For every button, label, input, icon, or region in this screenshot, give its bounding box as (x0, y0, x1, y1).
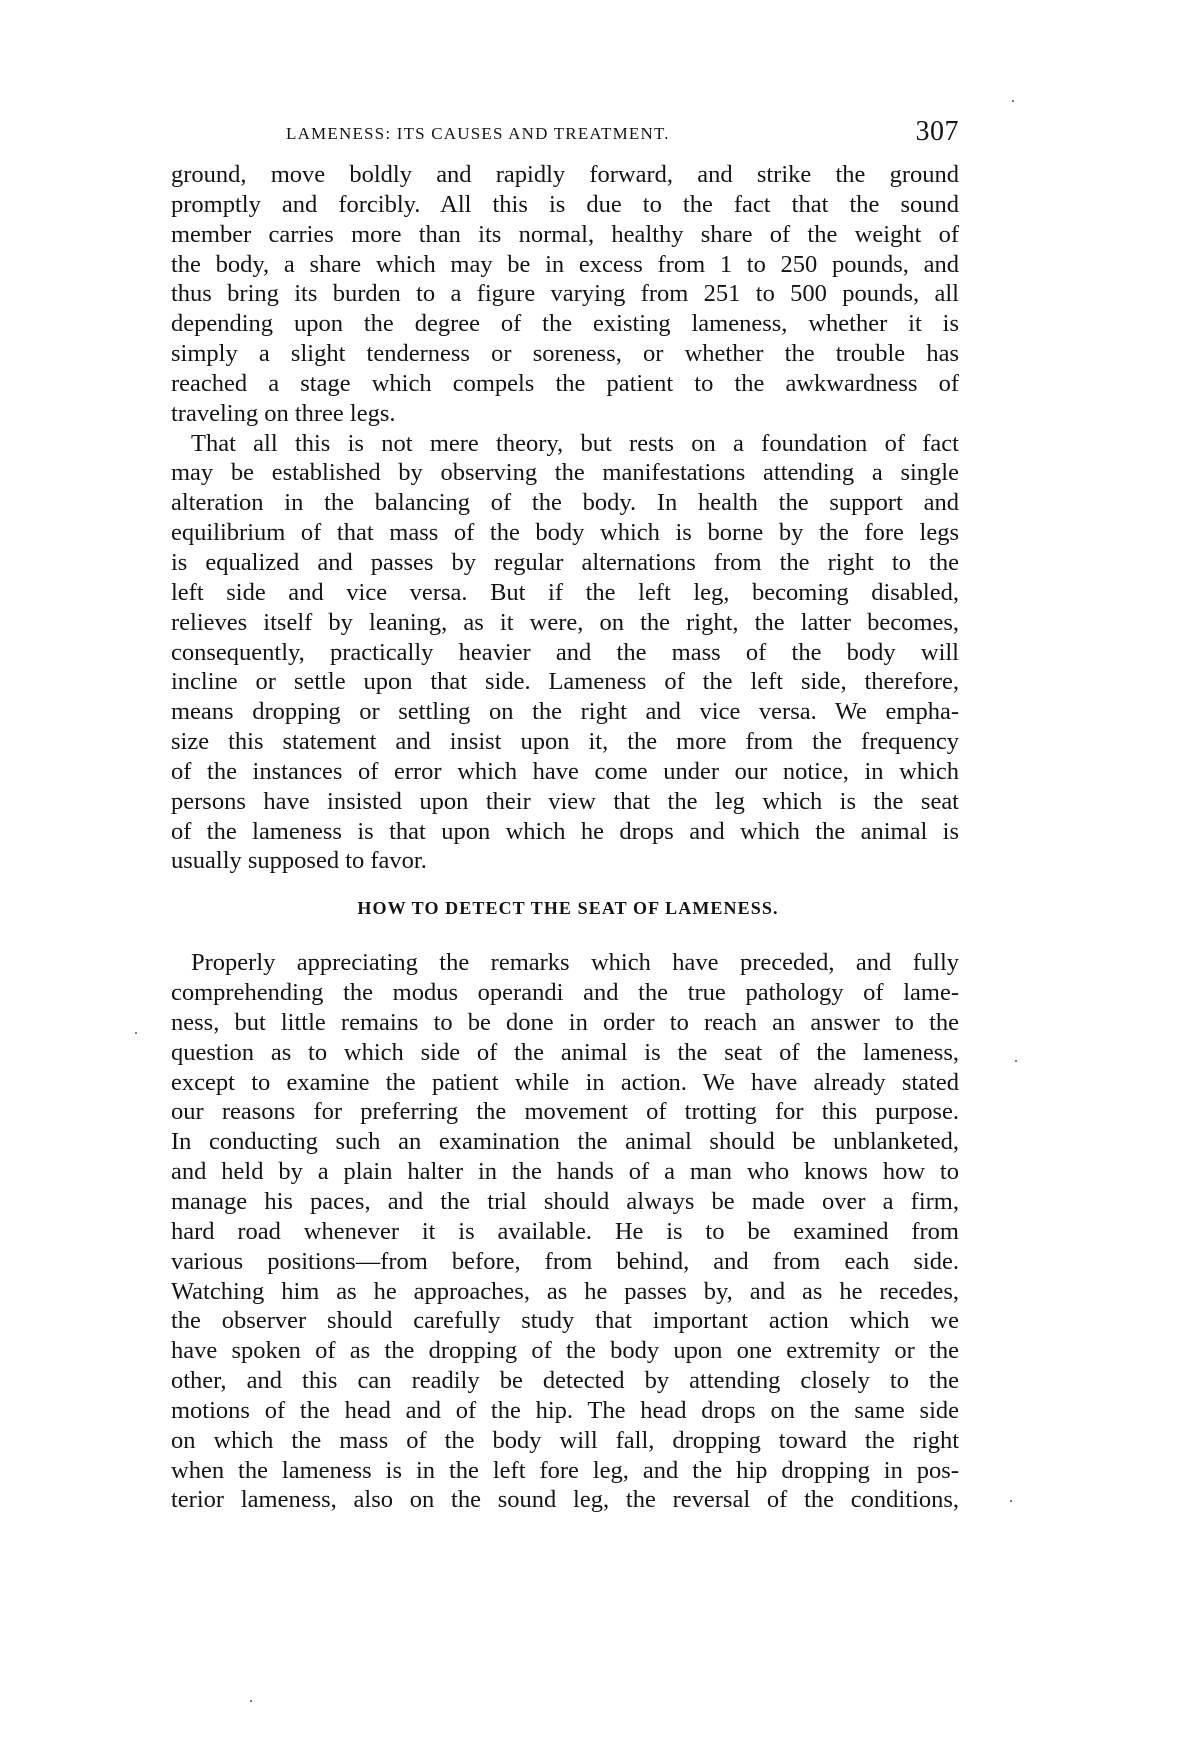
text-line: reached a stage which compels the patien… (171, 369, 959, 399)
text-line: ness, but little remains to be done in o… (171, 1008, 959, 1038)
text-line: equilibrium of that mass of the body whi… (171, 518, 959, 548)
text-line: motions of the head and of the hip. The … (171, 1396, 959, 1426)
text-line: traveling on three legs. (171, 399, 959, 429)
text-line: other, and this can readily be detected … (171, 1366, 959, 1396)
text-line: promptly and forcibly. All this is due t… (171, 190, 959, 220)
text-line: size this statement and insist upon it, … (171, 727, 959, 757)
text-line: have spoken of as the dropping of the bo… (171, 1336, 959, 1366)
text-line: comprehending the modus operandi and the… (171, 978, 959, 1008)
text-line: simply a slight tenderness or soreness, … (171, 339, 959, 369)
text-line: question as to which side of the animal … (171, 1038, 959, 1068)
text-line: That all this is not mere theory, but re… (171, 429, 959, 459)
running-head: LAMENESS: ITS CAUSES AND TREATMENT. 307 (171, 112, 959, 146)
text-line: may be established by observing the mani… (171, 458, 959, 488)
text-line: consequently, practically heavier and th… (171, 638, 959, 668)
text-line: In conducting such an examination the an… (171, 1127, 959, 1157)
text-line: persons have insisted upon their view th… (171, 787, 959, 817)
text-line: hard road whenever it is available. He i… (171, 1217, 959, 1247)
body-text: ground, move boldly and rapidly forward,… (171, 160, 959, 1515)
text-line: Watching him as he approaches, as he pas… (171, 1277, 959, 1307)
text-line: means dropping or settling on the right … (171, 697, 959, 727)
text-line: usually supposed to favor. (171, 846, 959, 876)
text-line: of the lameness is that upon which he dr… (171, 817, 959, 847)
running-title: LAMENESS: ITS CAUSES AND TREATMENT. (286, 124, 670, 144)
text-line: relieves itself by leaning, as it were, … (171, 608, 959, 638)
text-line: ground, move boldly and rapidly forward,… (171, 160, 959, 190)
text-line: member carries more than its normal, hea… (171, 220, 959, 250)
text-line: terior lameness, also on the sound leg, … (171, 1485, 959, 1515)
scan-speck (1012, 100, 1014, 102)
scan-speck (1015, 1060, 1017, 1062)
scan-speck (135, 1032, 137, 1034)
text-line: of the instances of error which have com… (171, 757, 959, 787)
text-line: the body, a share which may be in excess… (171, 250, 959, 280)
text-line: our reasons for preferring the movement … (171, 1097, 959, 1127)
text-line: alteration in the balancing of the body.… (171, 488, 959, 518)
scan-speck (1010, 1500, 1012, 1502)
scan-speck (250, 1700, 252, 1702)
paragraph-detect: Properly appreciating the remarks which … (171, 948, 959, 1515)
section-heading: HOW TO DETECT THE SEAT OF LAMENESS. (171, 888, 959, 948)
page-number: 307 (916, 116, 960, 148)
paragraph-continuation: ground, move boldly and rapidly forward,… (171, 160, 959, 429)
text-line: and held by a plain halter in the hands … (171, 1157, 959, 1187)
text-line: the observer should carefully study that… (171, 1306, 959, 1336)
text-line: left side and vice versa. But if the lef… (171, 578, 959, 608)
text-line: except to examine the patient while in a… (171, 1068, 959, 1098)
text-line: various positions—from before, from behi… (171, 1247, 959, 1277)
text-line: on which the mass of the body will fall,… (171, 1426, 959, 1456)
text-line: incline or settle upon that side. Lamene… (171, 667, 959, 697)
text-line: manage his paces, and the trial should a… (171, 1187, 959, 1217)
text-line: depending upon the degree of the existin… (171, 309, 959, 339)
text-line: is equalized and passes by regular alter… (171, 548, 959, 578)
text-line: when the lameness is in the left fore le… (171, 1456, 959, 1486)
paragraph-theory: That all this is not mere theory, but re… (171, 429, 959, 877)
text-line: Properly appreciating the remarks which … (171, 948, 959, 978)
text-line: thus bring its burden to a figure varyin… (171, 279, 959, 309)
